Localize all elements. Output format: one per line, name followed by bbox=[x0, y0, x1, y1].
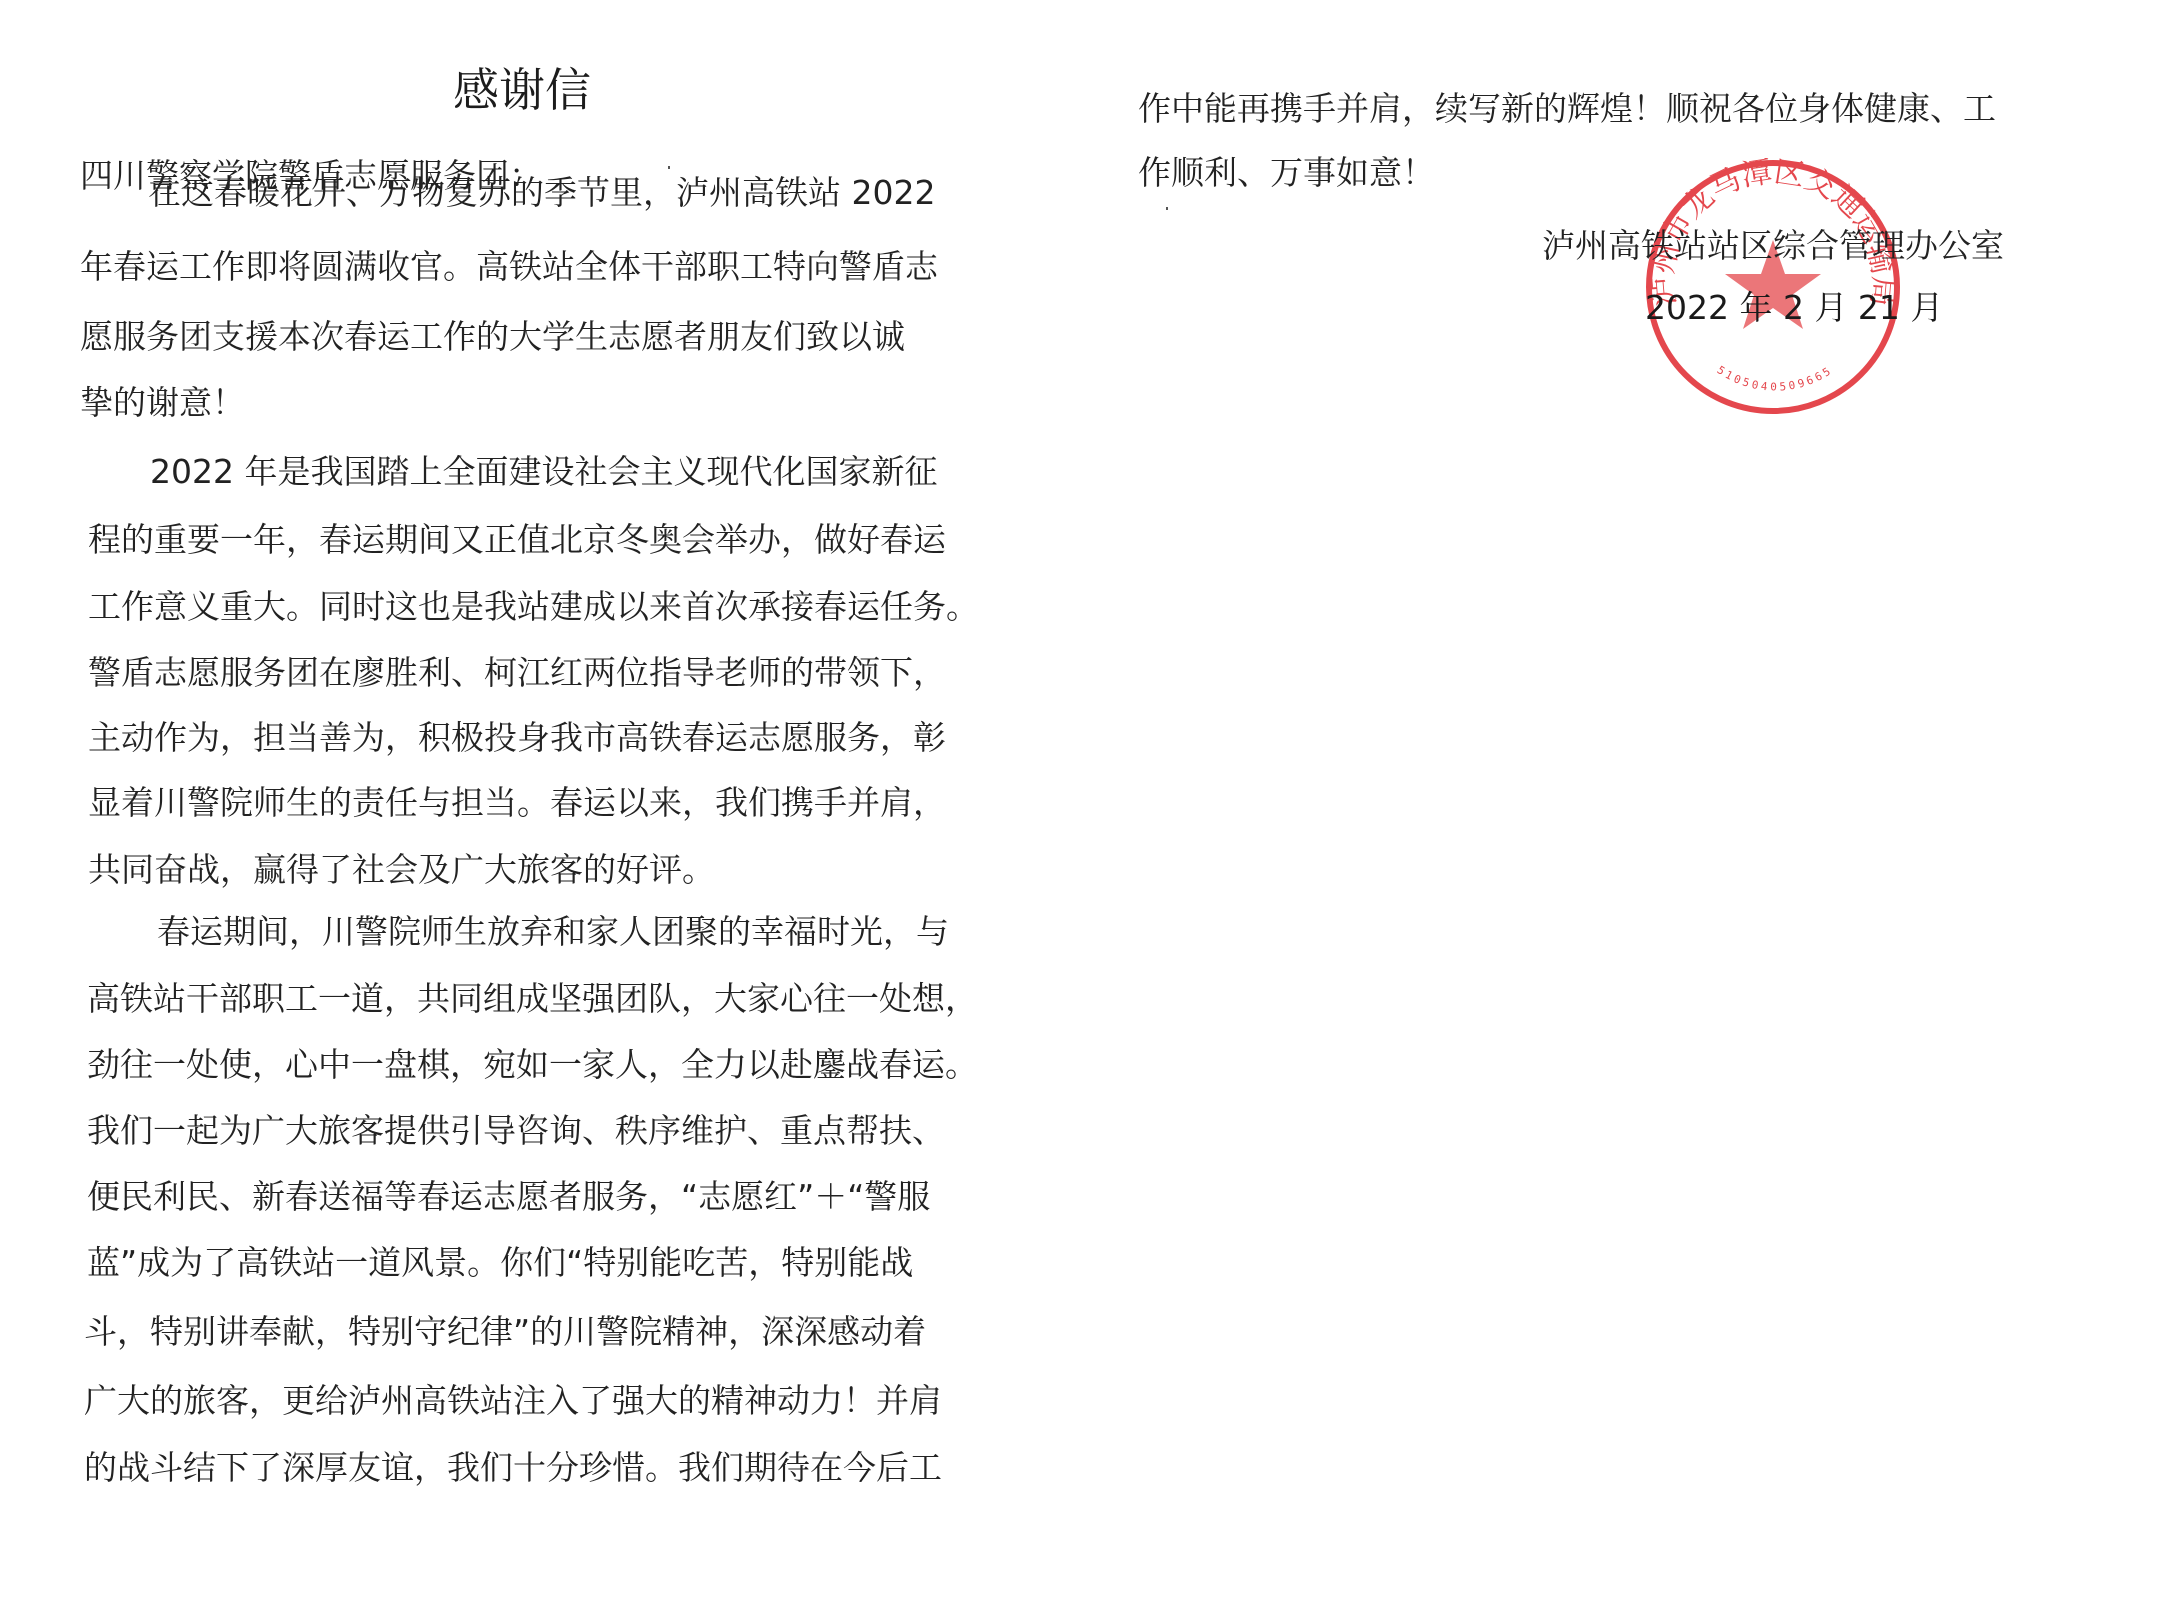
paragraph-line: 愿服务团支援本次春运工作的大学生志愿者朋友们致以诚 bbox=[80, 315, 905, 359]
paragraph-line: 程的重要一年，春运期间又正值北京冬奥会举办，做好春运 bbox=[88, 518, 946, 562]
paragraph-line: 主动作为，担当善为，积极投身我市高铁春运志愿服务，彰 bbox=[88, 716, 946, 760]
paragraph-line: 作中能再携手并肩，续写新的辉煌！顺祝各位身体健康、工 bbox=[1138, 87, 1996, 131]
paragraph-line: 斗，特别讲奉献，特别守纪律”的川警院精神，深深感动着 bbox=[84, 1310, 926, 1354]
paragraph-line: 工作意义重大。同时这也是我站建成以来首次承接春运任务。 bbox=[88, 585, 979, 629]
scan-speck bbox=[92, 168, 94, 171]
svg-text:5105040509665: 5105040509665 bbox=[1715, 363, 1836, 393]
scan-speck bbox=[1166, 207, 1168, 210]
paragraph-line: 春运期间，川警院师生放弃和家人团聚的幸福时光，与 bbox=[157, 910, 949, 954]
paragraph-line: 警盾志愿服务团在廖胜利、柯江红两位指导老师的带领下， bbox=[88, 651, 946, 695]
paragraph-line: 年春运工作即将圆满收官。高铁站全体干部职工特向警盾志 bbox=[80, 245, 938, 289]
paragraph-line: 挚的谢意！ bbox=[80, 381, 245, 425]
signature-date: 2022 年 2 月 21 月 bbox=[1645, 286, 1943, 330]
paragraph-line: 的战斗结下了深厚友谊，我们十分珍惜。我们期待在今后工 bbox=[84, 1446, 942, 1490]
paragraph-line: 作顺利、万事如意！ bbox=[1138, 151, 1435, 195]
letter-title: 感谢信 bbox=[422, 60, 622, 120]
paragraph-line: 劲往一处使，心中一盘棋，宛如一家人，全力以赴鏖战春运。 bbox=[87, 1043, 978, 1087]
signature-office: 泸州高铁站站区综合管理办公室 bbox=[1542, 224, 2004, 268]
paragraph-line: 便民利民、新春送福等春运志愿者服务，“志愿红”＋“警服 bbox=[87, 1175, 930, 1219]
paragraph-line: 蓝”成为了高铁站一道风景。你们“特别能吃苦，特别能战 bbox=[87, 1241, 913, 1285]
paragraph-line: 在这春暖花开、万物复苏的季节里，泸州高铁站 2022 bbox=[148, 171, 935, 215]
scan-speck bbox=[668, 166, 670, 169]
paragraph-line: 我们一起为广大旅客提供引导咨询、秩序维护、重点帮扶、 bbox=[87, 1109, 945, 1153]
paragraph-line: 共同奋战，赢得了社会及广大旅客的好评。 bbox=[88, 848, 715, 892]
paragraph-line: 2022 年是我国踏上全面建设社会主义现代化国家新征 bbox=[150, 450, 937, 494]
paragraph-line: 显着川警院师生的责任与担当。春运以来，我们携手并肩， bbox=[88, 781, 946, 825]
letter-page: 感谢信 四川警察学院警盾志愿服务团： 在这春暖花开、万物复苏的季节里，泸州高铁站… bbox=[0, 0, 2160, 1620]
paragraph-line: 广大的旅客，更给泸州高铁站注入了强大的精神动力！并肩 bbox=[84, 1379, 942, 1423]
paragraph-line: 高铁站干部职工一道，共同组成坚强团队，大家心往一处想， bbox=[87, 977, 978, 1021]
